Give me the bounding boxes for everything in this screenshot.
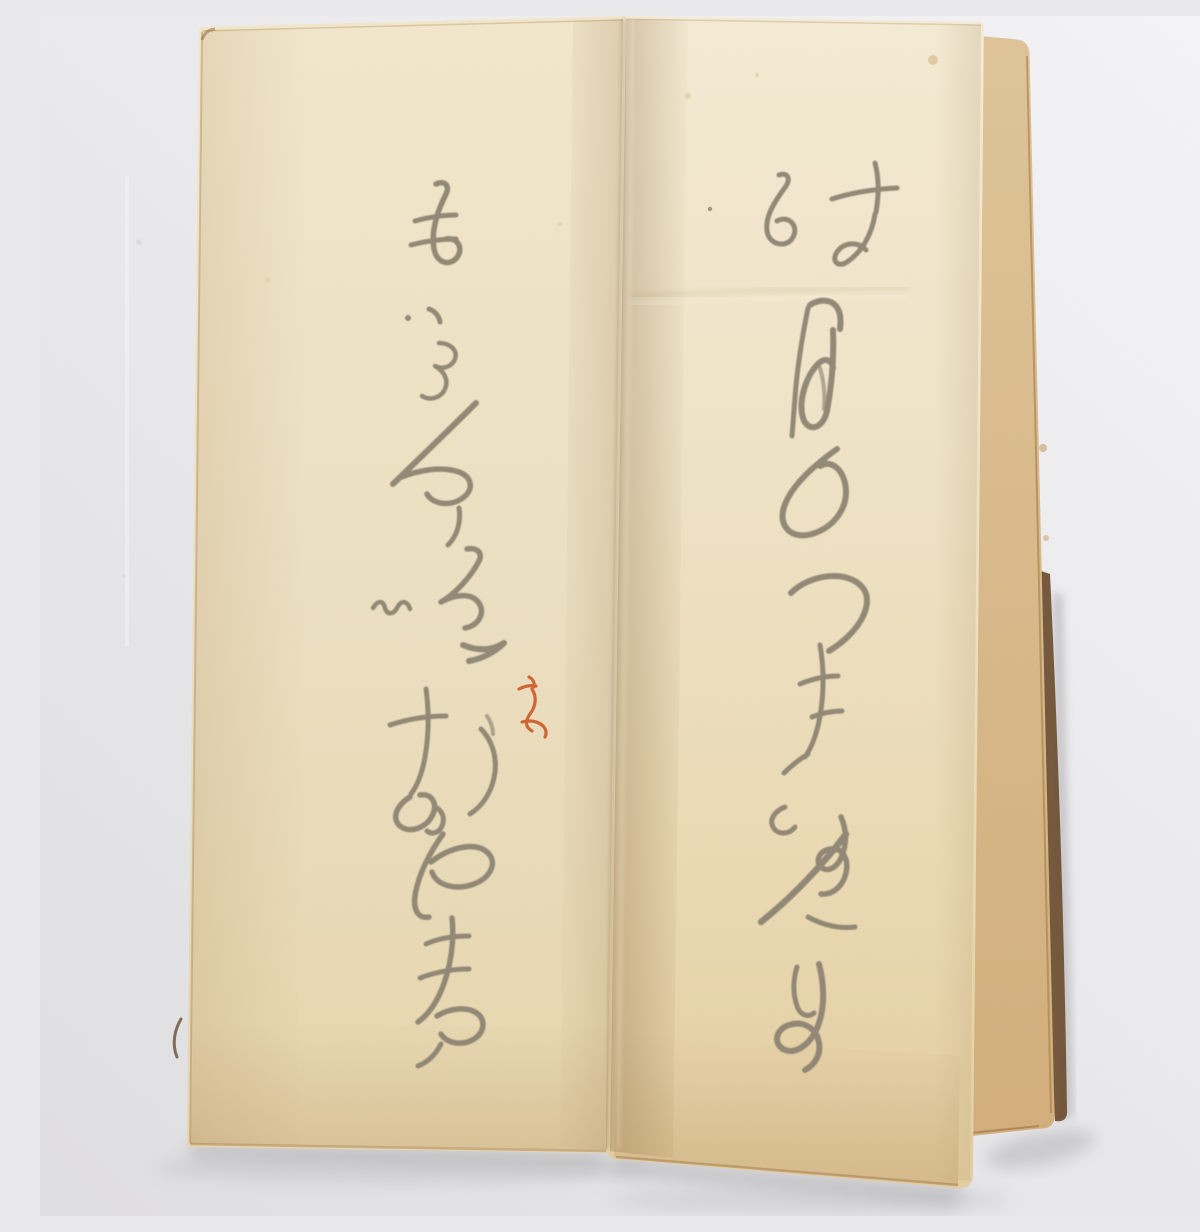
photo-grain xyxy=(40,16,1200,1216)
photo-open-calligraphy-book: Open antique Japanese calligraphy book A… xyxy=(40,16,1200,1216)
photo-canvas: Open antique Japanese calligraphy book A… xyxy=(40,16,1200,1216)
